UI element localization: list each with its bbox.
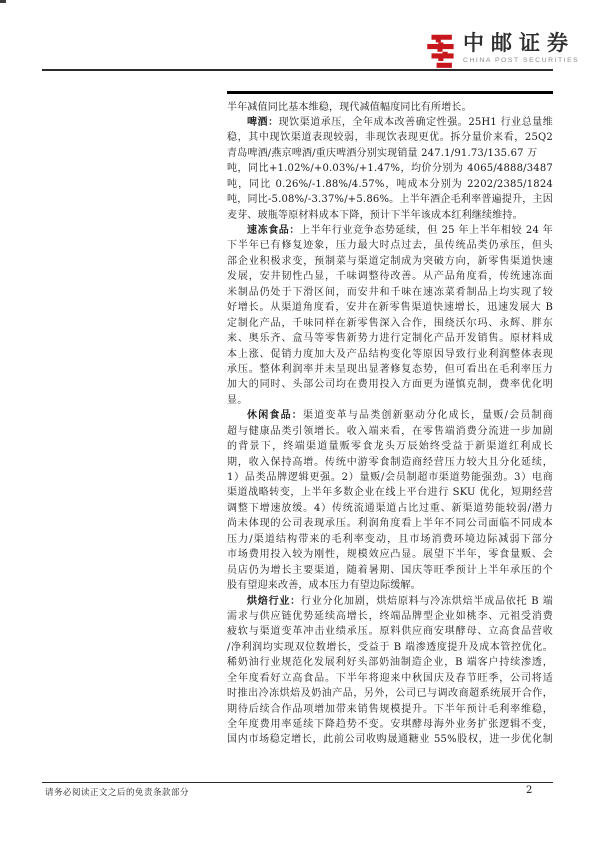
section-heading: 速冻食品： <box>247 225 300 236</box>
section-heading: 烘焙行业： <box>247 596 301 607</box>
section-heading: 啤酒： <box>247 117 279 128</box>
report-page: 中邮证券 CHINA POST SECURITIES 半年减值同比基本维稳，现代… <box>0 0 595 841</box>
body-text-line: 稳，其中现饮渠道表现较弱，非现饮表现更优。拆分量价来看，25Q2 <box>227 130 553 145</box>
body-text-line: 尚未体现的公司表现承压。利润角度看上半年不同公司面临不同成本 <box>227 516 553 531</box>
body-text-line: 半年减值同比基本维稳，现代减值幅度同比有所增长。 <box>227 100 553 115</box>
body-text-line: 期待后续合作品项增加带来销售规模提升。下半年预计毛利率维稳， <box>227 702 553 717</box>
body-text-line: 本上涨、促销力度加大及产品结构变化等原因导致行业利润整体表现 <box>227 347 553 362</box>
body-text-line: 员店仍为增长主要渠道，随着暑期、国庆等旺季预计上半年承压的个 <box>227 563 553 578</box>
scan-corner-mark <box>0 0 6 3</box>
body-text-line: 稀奶油行业规范化发展利好头部奶油制造企业，B 端客户持续渗透， <box>227 655 553 670</box>
section-top-bar <box>227 91 553 94</box>
body-text-line: 烘焙行业：行业分化加剧，烘焙原料与冷冻烘焙半成品依托 B 端 <box>227 594 553 609</box>
body-text-line: 下半年已有修复迹象，压力最大时点过去，虽传统品类仍承压，但头 <box>227 238 553 253</box>
body-text-line: 全年度费用率延续下降趋势不变。安琪酵母海外业务扩张逻辑不变， <box>227 717 553 732</box>
body-text-line: 加大的同时、头部公司均在费用投入方面更为谨慎克制，费率优化明 <box>227 377 553 392</box>
body-text-line: 需求与供应链优势延续高增长，终端品牌型企业如桃李、元祖受消费 <box>227 609 553 624</box>
body-text-line: 1）品类品牌逻辑更强。2）量贩/会员制超市渠道势能强劲。3）电商 <box>227 470 553 485</box>
body-text-line: 显。 <box>227 393 553 408</box>
section-heading: 休闲食品： <box>247 410 303 421</box>
body-text-line: 市场费用投入较为刚性，规模效应凸显。展望下半年，零食量贩、会 <box>227 547 553 562</box>
body-text-line: 调整下增速放缓。4）传统流通渠道占比过重、新渠道势能较弱/潜力 <box>227 501 553 516</box>
brand-text-block: 中邮证券 CHINA POST SECURITIES <box>463 32 579 64</box>
china-post-emblem-icon <box>423 32 457 68</box>
body-text-line: 股有望迎来改善，成本压力有望边际缓解。 <box>227 578 553 593</box>
body-text-line: 米制品仍处于下滑区间，而安井和千味在速冻菜肴制品上均实现了较 <box>227 285 553 300</box>
body-text-line: 来、奥乐齐、盒马等零售新势力进行定制化产品开发销售。原材料成 <box>227 331 553 346</box>
body-text-line: 国内市场稳定增长，此前公司收购晟通糖业 55%股权，进一步优化制 <box>227 732 553 747</box>
body-text-line: 啤酒：现饮渠道承压，全年成本改善确定性强。25H1 行业总量维 <box>227 115 553 130</box>
report-body: 半年减值同比基本维稳，现代减值幅度同比有所增长。啤酒：现饮渠道承压，全年成本改善… <box>227 91 553 748</box>
body-text-line: 的背景下，终端渠道量贩零食龙头万辰始终受益于新渠道红利成长 <box>227 439 553 454</box>
body-text-line: 休闲食品：渠道变革与品类创新驱动分化成长，量贩/会员制商 <box>227 408 553 423</box>
body-text-line: 麦芽、玻瓶等原材料成本下降，预计下半年该成本红利继续维持。 <box>227 208 553 223</box>
body-text-line: 吨，同比-5.08%/-3.37%/+5.86%。上半年酒企毛利率普遍提升，主因 <box>227 192 553 207</box>
body-text-line: 吨，同比+1.02%/+0.03%/+1.47%，均价分别为 4065/4888… <box>227 161 553 176</box>
body-text-line: 全年度看好立高食品。下半年将迎来中秋国庆及春节旺季，公司将适 <box>227 671 553 686</box>
footer-disclaimer: 请务必阅读正文之后的免责条款部分 <box>45 786 189 798</box>
brand-name-en: CHINA POST SECURITIES <box>463 57 579 64</box>
body-text-line: 部企业积极求变，预制菜与渠道定制成为突破方向，新零售渠道快速 <box>227 254 553 269</box>
page-number: 2 <box>526 785 532 796</box>
body-text-line: 压力/渠道结构带来的毛利率变动，且市场消费环境边际减弱下部分 <box>227 532 553 547</box>
body-text-line: 好增长。从渠道角度看，安井在新零售渠道快速增长，迅速发展大 B <box>227 300 553 315</box>
body-text-line: 发展，安井韧性凸显，千味调整待改善。从产品角度看，传统速冻面 <box>227 269 553 284</box>
body-text-line: 吨，同比 0.26%/-1.88%/4.57%，吨成本分别为 2202/2385… <box>227 177 553 192</box>
company-logo: 中邮证券 CHINA POST SECURITIES <box>423 32 579 68</box>
body-text-line: 青岛啤酒/燕京啤酒/重庆啤酒分别实现销量 247.1/91.73/135.67 … <box>227 146 553 161</box>
body-text-line: 渠道战略转变，上半年多数企业在线上平台进行 SKU 优化，短期经营 <box>227 485 553 500</box>
body-text-line: 承压。整体利润率并未呈现出显著修复态势，但可看出在毛利率压力 <box>227 362 553 377</box>
footer-divider <box>42 782 553 783</box>
header-divider <box>42 69 553 71</box>
brand-name-cn: 中邮证券 <box>463 32 579 54</box>
body-text-line: /净利润均实现双位数增长，受益于 B 端渗透度提升及成本管控优化。 <box>227 640 553 655</box>
body-text-line: 速冻食品：上半年行业竞争态势延续，但 25 年上半年相较 24 年 <box>227 223 553 238</box>
body-lines: 半年减值同比基本维稳，现代减值幅度同比有所增长。啤酒：现饮渠道承压，全年成本改善… <box>227 100 553 748</box>
body-text-line: 超与健康品类引领增长。收入端来看，在零售端消费分流进一步加剧 <box>227 424 553 439</box>
body-text-line: 定制化产品，千味同样在新零售深入合作，围绕沃尔玛、永辉、胖东 <box>227 316 553 331</box>
body-text-line: 疲软与渠道变革冲击业绩承压。原料供应商安琪酵母、立高食品营收 <box>227 624 553 639</box>
body-text-line: 时推出冷冻烘焙及奶油产品，另外，公司已与调改商超系统展开合作， <box>227 686 553 701</box>
body-text-line: 期，收入保持高增。传统中游零食制造商经营压力较大且分化延续， <box>227 455 553 470</box>
